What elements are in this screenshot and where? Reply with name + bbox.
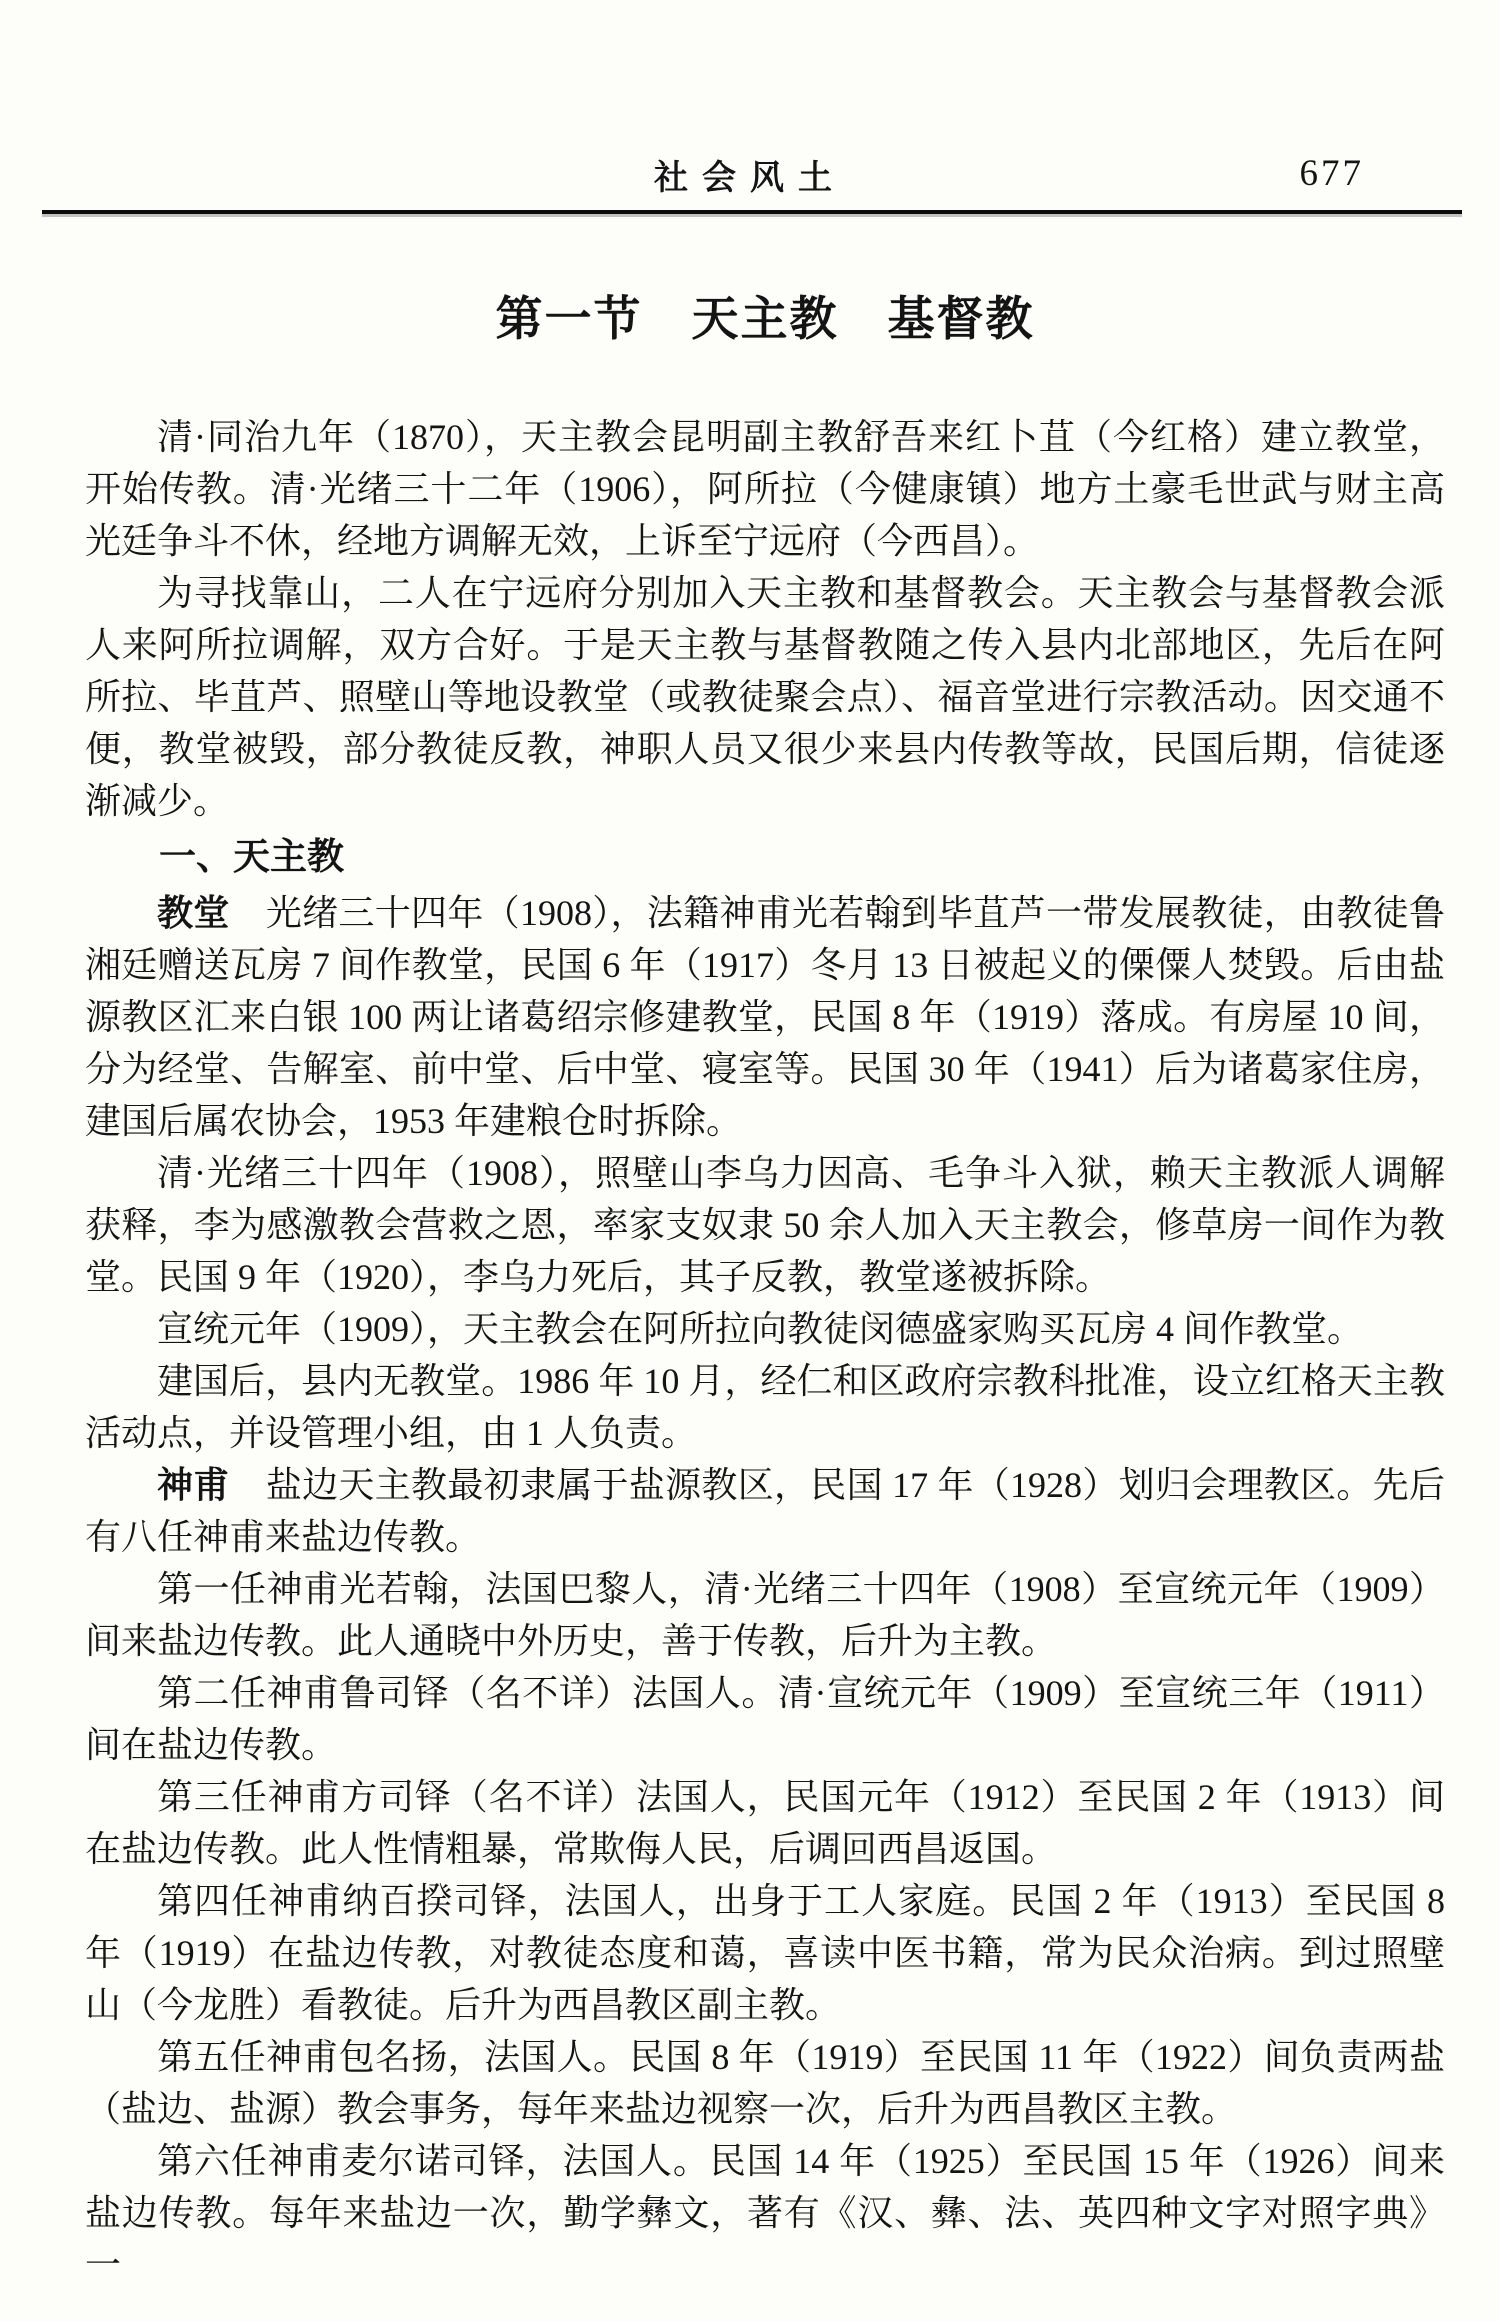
book-page: 社会风土 677 第一节 天主教 基督教 清·同治九年（1870），天主教会昆明… bbox=[0, 0, 1500, 2321]
paragraph-church: 教堂 光绪三十四年（1908），法籍神甫光若翰到毕苴芦一带发展教徒，由教徒鲁湘廷… bbox=[85, 887, 1445, 1147]
paragraph-priest-1: 第一任神甫光若翰，法国巴黎人，清·光绪三十四年（1908）至宣统元年（1909）… bbox=[85, 1563, 1445, 1667]
paragraph-text: 第二任神甫鲁司铎（名不详）法国人。清·宣统元年（1909）至宣统三年（1911）… bbox=[85, 1673, 1445, 1765]
paragraph-text: 第六任神甫麦尔诺司铎，法国人。民国 14 年（1925）至民国 15 年（192… bbox=[85, 2141, 1445, 2285]
paragraph-liwuli: 清·光绪三十四年（1908），照壁山李乌力因高、毛争斗入狱，赖天主教派人调解获释… bbox=[85, 1147, 1445, 1303]
paragraph-text: 清·光绪三十四年（1908），照壁山李乌力因高、毛争斗入狱，赖天主教派人调解获释… bbox=[85, 1153, 1445, 1297]
paragraph-text: 第三任神甫方司铎（名不详）法国人，民国元年（1912）至民国 2 年（1913）… bbox=[85, 1777, 1445, 1869]
paragraph-post-1949: 建国后，县内无教堂。1986 年 10 月，经仁和区政府宗教科批准，设立红格天主… bbox=[85, 1355, 1445, 1459]
paragraph-text: 光绪三十四年（1908），法籍神甫光若翰到毕苴芦一带发展教徒，由教徒鲁湘廷赠送瓦… bbox=[85, 893, 1445, 1141]
paragraph-text: 第五任神甫包名扬，法国人。民国 8 年（1919）至民国 11 年（1922）间… bbox=[85, 2037, 1445, 2129]
paragraph-intro-1: 清·同治九年（1870），天主教会昆明副主教舒吾来红卜苴（今红格）建立教堂，开始… bbox=[85, 411, 1445, 567]
paragraph-priest-3: 第三任神甫方司铎（名不详）法国人，民国元年（1912）至民国 2 年（1913）… bbox=[85, 1771, 1445, 1875]
paragraph-xuantong: 宣统元年（1909），天主教会在阿所拉向教徒闵德盛家购买瓦房 4 间作教堂。 bbox=[85, 1303, 1445, 1355]
paragraph-priests: 神甫 盐边天主教最初隶属于盐源教区，民国 17 年（1928）划归会理教区。先后… bbox=[85, 1459, 1445, 1563]
running-header-title: 社会风土 bbox=[0, 150, 1500, 199]
paragraph-text: 第一任神甫光若翰，法国巴黎人，清·光绪三十四年（1908）至宣统元年（1909）… bbox=[85, 1569, 1445, 1661]
paragraph-intro-2: 为寻找靠山，二人在宁远府分别加入天主教和基督教会。天主教会与基督教会派人来阿所拉… bbox=[85, 567, 1445, 827]
subheading-catholic: 一、天主教 bbox=[85, 829, 1445, 885]
section-title: 第一节 天主教 基督教 bbox=[85, 282, 1445, 349]
paragraph-priest-4: 第四任神甫纳百揆司铎，法国人，出身于工人家庭。民国 2 年（1913）至民国 8… bbox=[85, 1875, 1445, 2031]
header-divider-rule bbox=[42, 210, 1462, 214]
paragraph-text: 清·同治九年（1870），天主教会昆明副主教舒吾来红卜苴（今红格）建立教堂，开始… bbox=[85, 417, 1445, 561]
paragraph-priest-5: 第五任神甫包名扬，法国人。民国 8 年（1919）至民国 11 年（1922）间… bbox=[85, 2031, 1445, 2135]
paragraph-lead-term: 神甫 bbox=[157, 1465, 230, 1505]
paragraph-text: 为寻找靠山，二人在宁远府分别加入天主教和基督教会。天主教会与基督教会派人来阿所拉… bbox=[85, 573, 1445, 821]
page-number: 677 bbox=[1300, 152, 1365, 195]
paragraph-priest-2: 第二任神甫鲁司铎（名不详）法国人。清·宣统元年（1909）至宣统三年（1911）… bbox=[85, 1667, 1445, 1771]
paragraph-priest-6: 第六任神甫麦尔诺司铎，法国人。民国 14 年（1925）至民国 15 年（192… bbox=[85, 2135, 1445, 2291]
paragraph-text: 盐边天主教最初隶属于盐源教区，民国 17 年（1928）划归会理教区。先后有八任… bbox=[85, 1465, 1445, 1557]
paragraph-text: 宣统元年（1909），天主教会在阿所拉向教徒闵德盛家购买瓦房 4 间作教堂。 bbox=[157, 1309, 1363, 1349]
page-content: 第一节 天主教 基督教 清·同治九年（1870），天主教会昆明副主教舒吾来红卜苴… bbox=[85, 282, 1445, 2291]
paragraph-text: 建国后，县内无教堂。1986 年 10 月，经仁和区政府宗教科批准，设立红格天主… bbox=[85, 1361, 1445, 1453]
paragraph-lead-term: 教堂 bbox=[157, 893, 230, 933]
paragraph-text: 第四任神甫纳百揆司铎，法国人，出身于工人家庭。民国 2 年（1913）至民国 8… bbox=[85, 1881, 1445, 2025]
